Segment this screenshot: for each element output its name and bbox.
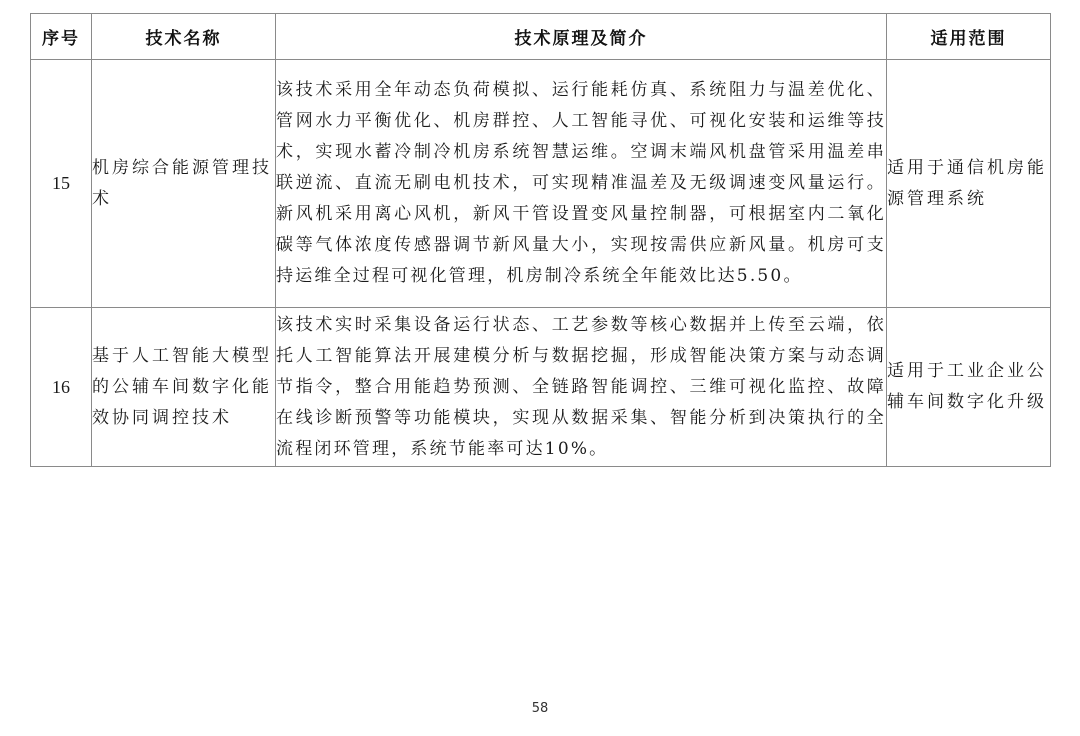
tech-description: 该技术采用全年动态负荷模拟、运行能耗仿真、系统阻力与温差优化、管网水力平衡优化、… xyxy=(276,60,887,308)
tech-name: 基于人工智能大模型的公辅车间数字化能效协同调控技术 xyxy=(92,308,276,467)
row-number: 16 xyxy=(31,308,92,467)
table-row: 16 基于人工智能大模型的公辅车间数字化能效协同调控技术 该技术实时采集设备运行… xyxy=(31,308,1051,467)
table-row: 15 机房综合能源管理技术 该技术采用全年动态负荷模拟、运行能耗仿真、系统阻力与… xyxy=(31,60,1051,308)
header-serial-number: 序号 xyxy=(31,14,92,60)
header-tech-name: 技术名称 xyxy=(92,14,276,60)
technology-table: 序号 技术名称 技术原理及简介 适用范围 15 机房综合能源管理技术 该技术采用… xyxy=(30,13,1051,467)
tech-scope: 适用于工业企业公辅车间数字化升级 xyxy=(887,308,1051,467)
row-number: 15 xyxy=(31,60,92,308)
header-scope: 适用范围 xyxy=(887,14,1051,60)
table-header-row: 序号 技术名称 技术原理及简介 适用范围 xyxy=(31,14,1051,60)
tech-name: 机房综合能源管理技术 xyxy=(92,60,276,308)
header-tech-description: 技术原理及简介 xyxy=(276,14,887,60)
tech-scope: 适用于通信机房能源管理系统 xyxy=(887,60,1051,308)
page-number: 58 xyxy=(0,701,1080,716)
tech-description: 该技术实时采集设备运行状态、工艺参数等核心数据并上传至云端，依托人工智能算法开展… xyxy=(276,308,887,467)
